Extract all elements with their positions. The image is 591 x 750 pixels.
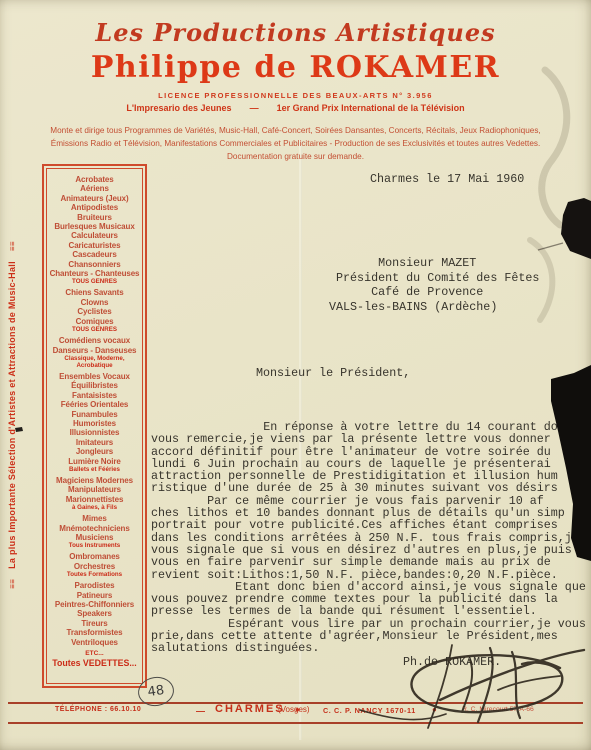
sidebar-item: Humoristes: [47, 419, 142, 428]
sidebar-item: Clowns: [47, 298, 142, 307]
sidebar-item: Orchestres: [47, 562, 142, 571]
sidebar-item: Caricaturistes: [47, 241, 142, 250]
sidebar-item: Animateurs (Jeux): [47, 194, 142, 203]
sidebar-item: Transformistes: [47, 628, 142, 637]
sidebar-group: AcrobatesAériensAnimateurs (Jeux)Antipod…: [47, 175, 142, 285]
sidebar-item: Cascadeurs: [47, 250, 142, 259]
body-line: vous en faire parvenir sur simple demand…: [151, 556, 586, 568]
sidebar-group: Magiciens ModernesManipulateursMarionnet…: [47, 476, 142, 511]
recipient-line: VALS-les-BAINS (Ardèche): [329, 300, 539, 315]
footer-region: (Vosges): [278, 705, 310, 714]
tagline-deco-left: ≡≡: [8, 579, 17, 589]
sidebar-note: TOUS GENRES: [47, 278, 142, 285]
artist-list: AcrobatesAériensAnimateurs (Jeux)Antipod…: [46, 168, 143, 684]
sidebar-note: Tous Instruments: [47, 542, 142, 549]
sidebar-item: Jongleurs: [47, 447, 142, 456]
subtitle-separator: —: [250, 103, 259, 113]
sidebar-item: Burlesques Musicaux: [47, 222, 142, 231]
sidebar-list: AcrobatesAériensAnimateurs (Jeux)Antipod…: [47, 175, 142, 647]
sidebar-group: MimesMnémotechniciensMusiciensTous Instr…: [47, 514, 142, 549]
sidebar-item: Manipulateurs: [47, 485, 142, 494]
body-line: salutations distinguées.: [151, 642, 586, 654]
sidebar-etc-label: ETC...: [47, 650, 142, 658]
sidebar-item: Mimes: [47, 514, 142, 523]
recipient-line: Monsieur MAZET: [329, 256, 539, 271]
artist-list-box: AcrobatesAériensAnimateurs (Jeux)Antipod…: [42, 164, 147, 688]
sidebar-item: Imitateurs: [47, 438, 142, 447]
sidebar-item: Cyclistes: [47, 307, 142, 316]
tagline-deco-right: ≡≡: [8, 241, 17, 251]
body-line: revient soit:Lithos:1,50 N.F. pièce,band…: [151, 569, 586, 581]
sidebar-note: TOUS GENRES: [47, 326, 142, 333]
letter-page: Les Productions Artistiques Philippe de …: [0, 0, 591, 750]
sidebar-item: Marionnettistes: [47, 495, 142, 504]
sidebar-note: Classique, Moderne, Acrobatique: [47, 355, 142, 369]
footer-dash: —: [196, 706, 205, 716]
sidebar-item: Tireurs: [47, 619, 142, 628]
sidebar-item: Comiques: [47, 317, 142, 326]
footer-bullet-2: ●: [432, 705, 437, 714]
footer-city: CHARMES: [215, 703, 285, 715]
footer-bullet-1: ●: [295, 705, 300, 714]
sidebar-item: Magiciens Modernes: [47, 476, 142, 485]
sidebar-item: Ventriloques: [47, 638, 142, 647]
recipient-block: Monsieur MAZET Président du Comité des F…: [329, 256, 539, 314]
body-line: portrait pour votre publicité.Ces affich…: [151, 519, 586, 531]
sidebar-group: Comédiens vocauxDanseurs - DanseusesClas…: [47, 336, 142, 369]
company-name-title: Philippe de ROKAMER: [0, 50, 591, 85]
sidebar-group: OmbromanesOrchestresToutes Formations: [47, 552, 142, 578]
sidebar-item: Chiens Savants: [47, 288, 142, 297]
body-line: vous remercie,je viens par la présente l…: [151, 433, 586, 445]
sidebar-item: Chansonniers: [47, 260, 142, 269]
sidebar-item: Funambules: [47, 410, 142, 419]
salutation: Monsieur le Président,: [256, 366, 410, 380]
company-script-title: Les Productions Artistiques: [0, 18, 591, 47]
footer-ccp: C. C. P. NANCY 1670-11: [323, 706, 416, 715]
sidebar-note: Toutes Formations: [47, 571, 142, 578]
sidebar-item: Mnémotechniciens: [47, 524, 142, 533]
subtitle-left: L'Impresario des Jeunes: [126, 103, 231, 113]
licence-line: LICENCE PROFESSIONNELLE DES BEAUX-ARTS N…: [0, 91, 591, 100]
sidebar-item: Antipodistes: [47, 203, 142, 212]
body-line: presse les termes de la bande qui résume…: [151, 605, 586, 617]
sidebar-note: à Gaines, à Fils: [47, 504, 142, 511]
footer-telephone: TÉLÉPHONE : 66.10.10: [55, 706, 141, 713]
sidebar-item: Illusionnistes: [47, 428, 142, 437]
footer-rule-top: [8, 702, 583, 704]
sidebar-item: Ensembles Vocaux: [47, 372, 142, 381]
sidebar-item: Équilibristes: [47, 381, 142, 390]
subtitle-line: L'Impresario des Jeunes—1er Grand Prix I…: [0, 103, 591, 113]
recipient-line: Café de Provence: [329, 285, 539, 300]
description-line-2: Émissions Radio et Télévision, Manifesta…: [10, 139, 581, 148]
sidebar-footer-label: Toutes VEDETTES...: [47, 658, 142, 669]
sidebar-item: Fantaisistes: [47, 391, 142, 400]
sidebar-item: Speakers: [47, 609, 142, 618]
letter-date: Charmes le 17 Mai 1960: [370, 172, 524, 186]
description-line-1: Monte et dirige tous Programmes de Varié…: [10, 126, 581, 135]
sidebar-item: Fééries Orientales: [47, 400, 142, 409]
sidebar-item: Musiciens: [47, 533, 142, 542]
sidebar-note: Ballets et Fééries: [47, 466, 142, 473]
sidebar-item: Patineurs: [47, 591, 142, 600]
sidebar-item: Calculateurs: [47, 231, 142, 240]
sidebar-item: Peintres-Chiffonniers: [47, 600, 142, 609]
vertical-tagline-text: La plus Importante Sélection d'Artistes …: [7, 261, 17, 569]
sidebar-item: Parodistes: [47, 581, 142, 590]
sidebar-item: Lumière Noire: [47, 457, 142, 466]
sidebar-group: Ensembles VocauxÉquilibristesFantaisiste…: [47, 372, 142, 473]
body-line: ristique d'une durée de 25 à 30 minutes …: [151, 482, 586, 494]
sidebar-item: Comédiens vocaux: [47, 336, 142, 345]
sidebar-item: Chanteurs - Chanteuses: [47, 269, 142, 278]
recipient-line: Président du Comité des Fêtes: [329, 271, 539, 286]
vertical-tagline: ≡≡La plus Importante Sélection d'Artiste…: [7, 190, 17, 640]
footer-rc: R. C. Mirecourt 57-A-66: [462, 706, 534, 713]
sidebar-item: Ombromanes: [47, 552, 142, 561]
sidebar-group: ParodistesPatineursPeintres-Chiffonniers…: [47, 581, 142, 647]
sidebar-group: Chiens SavantsClownsCyclistesComiquesTOU…: [47, 288, 142, 333]
subtitle-right: 1er Grand Prix International de la Télév…: [277, 103, 465, 113]
description-line-3: Documentation gratuite sur demande.: [10, 152, 581, 161]
signoff-name: Ph.de ROKAMER.: [403, 655, 501, 669]
sidebar-item: Danseurs - Danseuses: [47, 346, 142, 355]
sidebar-item: Aériens: [47, 184, 142, 193]
sidebar-item: Bruiteurs: [47, 213, 142, 222]
letter-body: En réponse à votre lettre du 14 courant …: [151, 421, 586, 655]
sidebar-item: Acrobates: [47, 175, 142, 184]
footer-rule-bottom: [8, 722, 583, 724]
